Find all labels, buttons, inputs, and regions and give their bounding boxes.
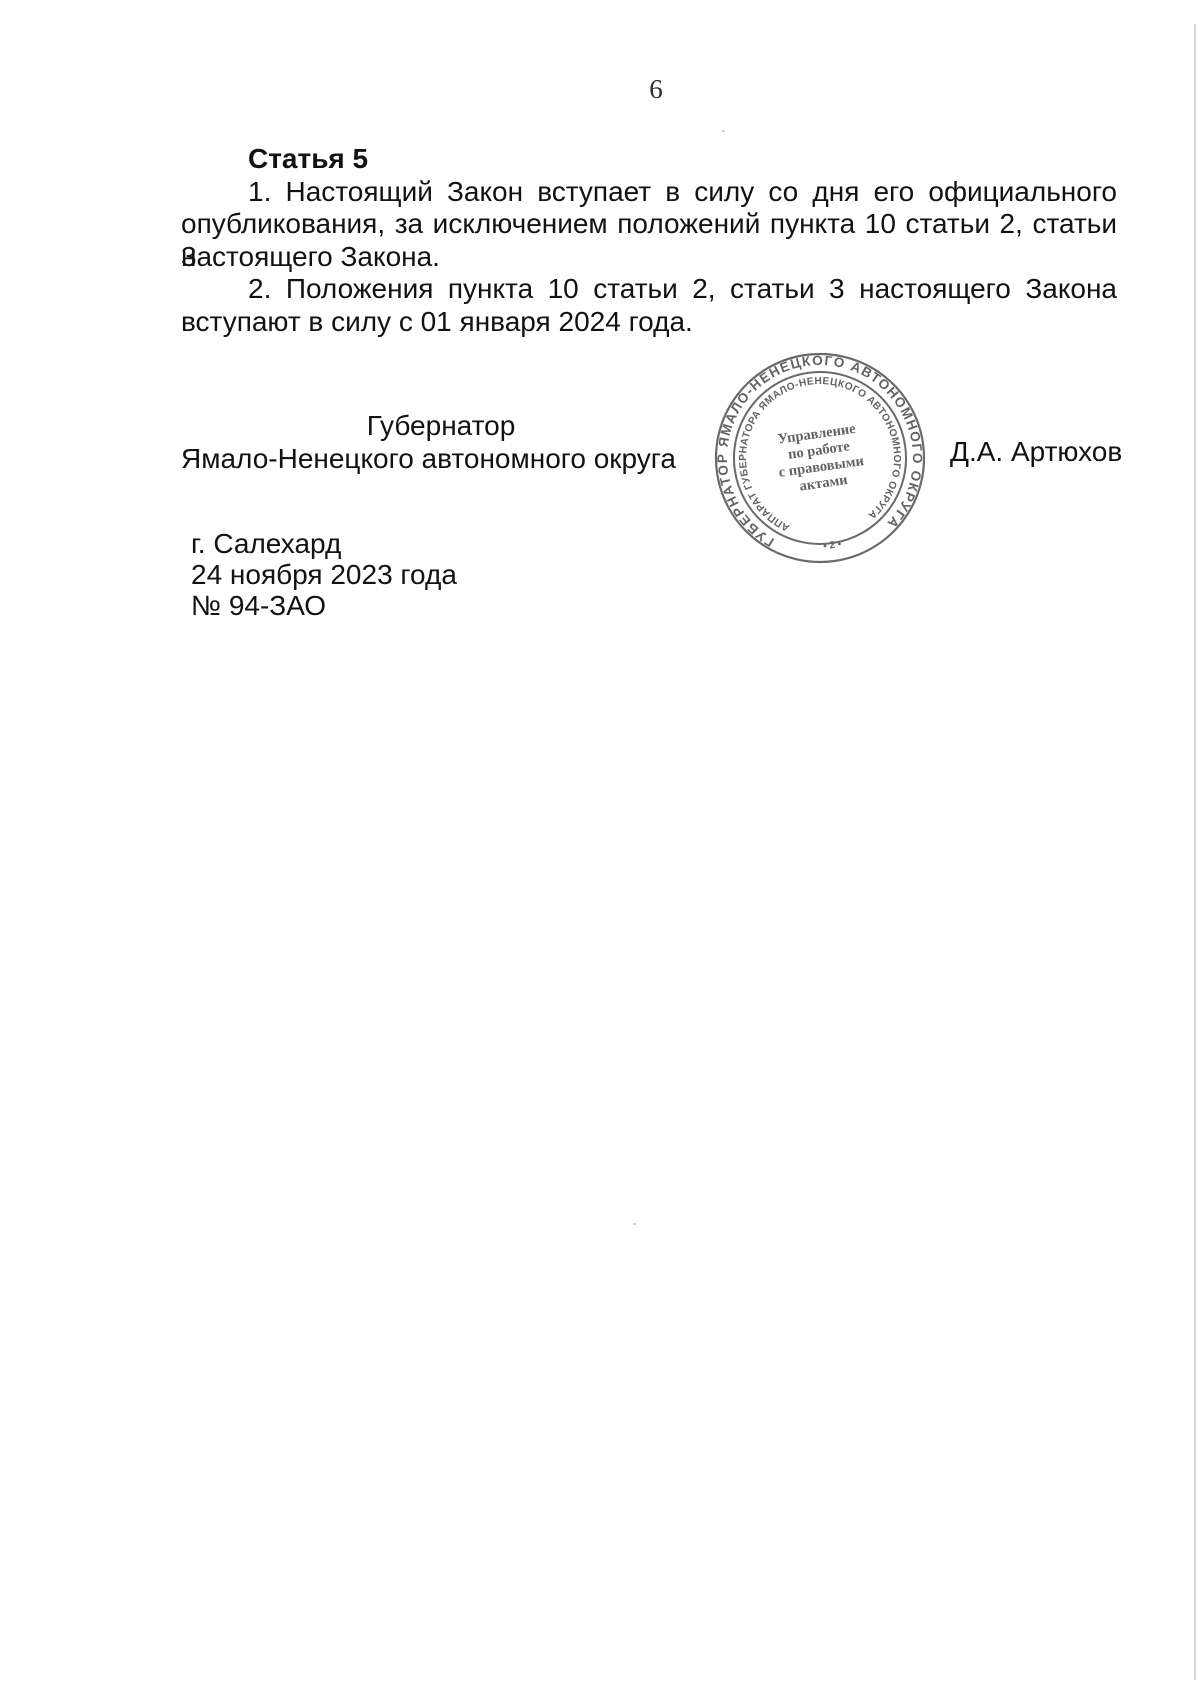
footer-place: г. Салехард (191, 528, 457, 559)
page-number: 6 (636, 74, 676, 105)
text-line: опубликования, за исключением положений … (181, 208, 1117, 241)
signature-name: Д.А. Артюхов (950, 436, 1122, 469)
article-heading: Статья 5 (181, 143, 1117, 176)
scan-speck (722, 130, 725, 132)
article-body: Статья 5 1. Настоящий Закон вступает в с… (181, 143, 1117, 338)
official-round-stamp-icon: ГУБЕРНАТОР ЯМАЛО-НЕНЕЦКОГО АВТОНОМНОГО О… (710, 348, 930, 568)
scan-speck (633, 1223, 636, 1225)
text-line: 2. Положения пункта 10 статьи 2, статьи … (181, 273, 1117, 306)
text-line: 1. Настоящий Закон вступает в силу со дн… (181, 176, 1117, 209)
footer-block: г. Салехард 24 ноября 2023 года № 94-ЗАО (191, 528, 457, 621)
scan-edge-artifact (1194, 24, 1196, 1680)
footer-doc-number: № 94-ЗАО (191, 590, 457, 621)
article-paragraph-lines: 1. Настоящий Закон вступает в силу со дн… (181, 176, 1117, 339)
text-line: настоящего Закона. (181, 241, 1117, 274)
footer-date: 24 ноября 2023 года (191, 559, 457, 590)
stamp-center-text: Управление по работе с правовыми актами (773, 420, 867, 497)
stamp-bottom-mark: • 2 • (823, 539, 843, 552)
text-line: вступают в силу с 01 января 2024 года. (181, 306, 1117, 339)
signature-title-line1: Губернатор (181, 410, 701, 443)
document-page: 6 Статья 5 1. Настоящий Закон вступает в… (0, 0, 1200, 1697)
